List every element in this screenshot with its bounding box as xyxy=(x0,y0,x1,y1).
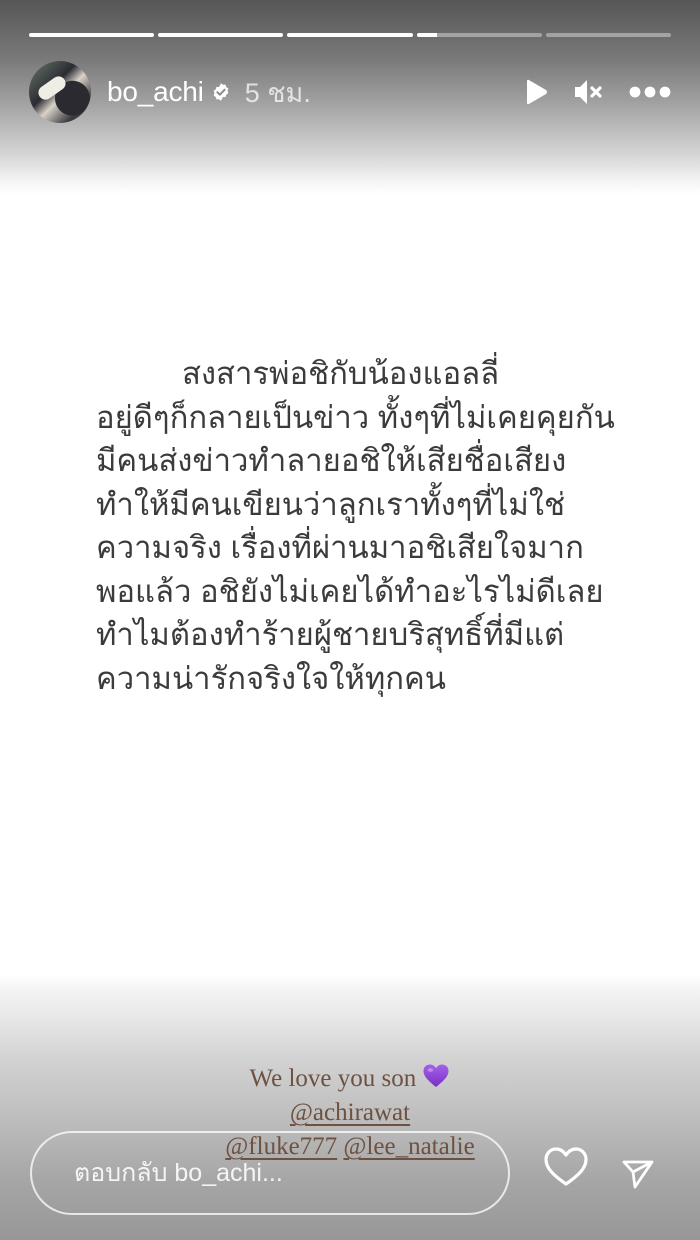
play-button[interactable] xyxy=(523,78,549,106)
caption-line: ทำไมต้องทำร้ายผู้ชายบริสุทธิ์ที่มีแต่ xyxy=(96,613,656,657)
sticker-text: We love you son xyxy=(250,1065,417,1092)
progress-segment-2 xyxy=(158,33,283,37)
purple-heart-icon xyxy=(422,1063,450,1089)
sticker-line-2: @achirawat xyxy=(200,1096,500,1130)
caption-line: มีคนส่งข่าวทำลายอชิให้เสียชื่อเสียง xyxy=(96,439,656,483)
mute-button[interactable] xyxy=(573,77,605,107)
caption-line: อยู่ดีๆก็กลายเป็นข่าว ทั้งๆที่ไม่เคยคุยก… xyxy=(96,396,656,440)
reply-field-container[interactable] xyxy=(30,1131,510,1215)
progress-segment-1 xyxy=(29,33,154,37)
more-horizontal-icon xyxy=(629,85,671,99)
caption-line: ทำให้มีคนเขียนว่าลูกเราทั้งๆที่ไม่ใช่ xyxy=(96,483,656,527)
progress-segment-4 xyxy=(417,33,542,37)
caption-line: ความน่ารักจริงใจให้ทุกคน xyxy=(96,657,656,701)
verified-badge-icon xyxy=(211,82,231,102)
play-icon xyxy=(523,78,549,106)
avatar[interactable] xyxy=(29,61,91,123)
caption-line: ความจริง เรื่องที่ผ่านมาอชิเสียใจมาก xyxy=(96,526,656,570)
heart-outline-icon xyxy=(543,1146,589,1188)
send-icon xyxy=(621,1158,655,1190)
sticker-line-1: We love you son xyxy=(200,1062,500,1096)
caption-line: สงสารพ่อชิกับน้องแอลลี่ xyxy=(96,352,656,396)
mention-achirawat[interactable]: @achirawat xyxy=(290,1099,410,1126)
story-controls xyxy=(523,77,671,107)
more-options-button[interactable] xyxy=(629,85,671,99)
post-time: 5 ชม. xyxy=(245,71,311,114)
speaker-muted-icon xyxy=(573,77,605,107)
story-text-content: สงสารพ่อชิกับน้องแอลลี่ อยู่ดีๆก็กลายเป็… xyxy=(96,352,656,700)
story-viewer[interactable]: bo_achi 5 ชม. xyxy=(0,0,700,1240)
caption-line: พอแล้ว อชิยังไม่เคยได้ทำอะไรไม่ดีเลย xyxy=(96,570,656,614)
reply-input[interactable] xyxy=(72,1158,508,1189)
username[interactable]: bo_achi xyxy=(107,76,204,108)
progress-segment-3 xyxy=(287,33,412,37)
like-button[interactable] xyxy=(543,1146,589,1188)
progress-segment-5 xyxy=(546,33,671,37)
send-button[interactable] xyxy=(621,1158,655,1190)
story-progress-bar xyxy=(29,33,671,37)
story-header: bo_achi 5 ชม. xyxy=(29,61,671,123)
